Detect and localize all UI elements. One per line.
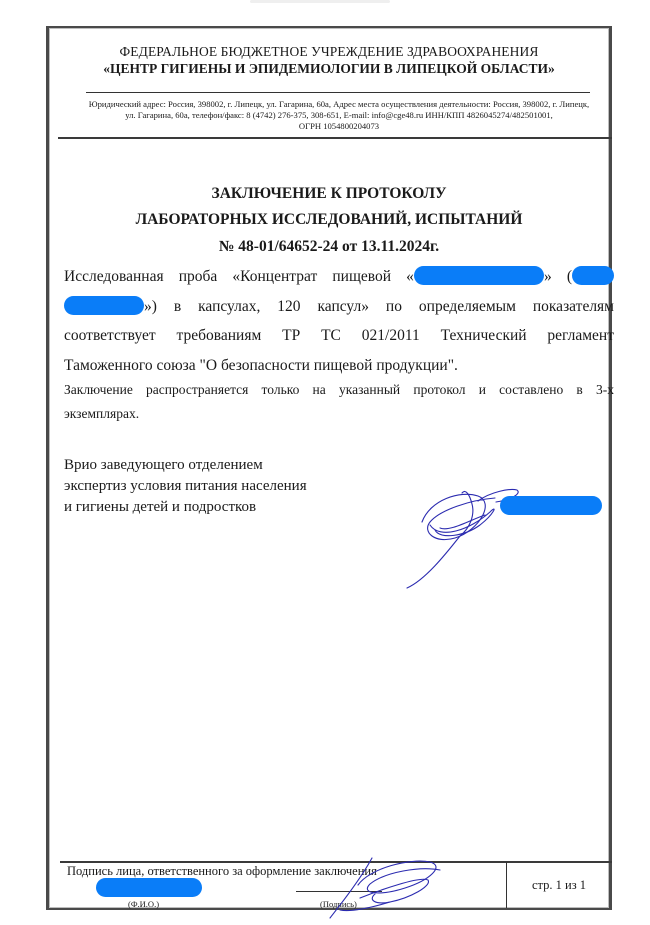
signatory-line3: и гигиены детей и подростков: [64, 497, 307, 518]
document-title-line1: ЗАКЛЮЧЕНИЕ К ПРОТОКОЛУ: [46, 185, 612, 203]
page-number: стр. 1 из 1: [506, 862, 612, 908]
footer-signature-icon: [300, 850, 500, 925]
conclusion-text-1b: » (: [544, 268, 572, 285]
conclusion-line3: соответствует требованиям ТР ТС 021/2011…: [64, 321, 614, 351]
redacted-product-name-alt-cont: [64, 296, 144, 315]
redacted-signatory-name: [500, 496, 602, 515]
handwritten-signature-icon: [400, 470, 620, 620]
address-block: Юридический адрес: Россия, 398002, г. Ли…: [60, 99, 618, 132]
redacted-product-name-alt: [572, 266, 614, 285]
scan-artifact: [250, 0, 390, 3]
address-line1: Юридический адрес: Россия, 398002, г. Ли…: [60, 99, 618, 110]
redacted-product-name: [414, 266, 544, 285]
conclusion-line2: ») в капсулах, 120 капсул» по определяем…: [64, 292, 614, 322]
org-name-line1: ФЕДЕРАЛЬНОЕ БЮДЖЕТНОЕ УЧРЕЖДЕНИЕ ЗДРАВОО…: [46, 44, 612, 60]
conclusion-paragraph: Исследованная проба «Концентрат пищевой …: [64, 262, 614, 380]
document-number: № 48-01/64652-24 от 13.11.2024г.: [46, 238, 612, 256]
note-line1: Заключение распространяется только на ук…: [64, 378, 614, 402]
conclusion-text-2: ») в капсулах, 120 капсул» по определяем…: [144, 298, 614, 315]
address-line3: ОГРН 1054800204073: [60, 121, 618, 132]
header-divider: [86, 92, 590, 93]
fio-caption: (Ф.И.О.): [128, 899, 159, 909]
redacted-responsible-name: [96, 878, 202, 897]
conclusion-line1: Исследованная проба «Концентрат пищевой …: [64, 262, 614, 292]
signatory-line1: Врио заведующего отделением: [64, 455, 307, 476]
org-name-line2: «ЦЕНТР ГИГИЕНЫ И ЭПИДЕМИОЛОГИИ В ЛИПЕЦКО…: [46, 61, 612, 77]
note-line2: экземплярах.: [64, 402, 614, 426]
address-line2: ул. Гагарина, 60а, телефон/факс: 8 (4742…: [60, 110, 618, 121]
note-paragraph: Заключение распространяется только на ук…: [64, 378, 614, 426]
document-title-line2: ЛАБОРАТОРНЫХ ИССЛЕДОВАНИЙ, ИСПЫТАНИЙ: [46, 211, 612, 229]
signatory-title: Врио заведующего отделением экспертиз ус…: [64, 455, 307, 518]
conclusion-line4: Таможенного союза "О безопасности пищево…: [64, 351, 614, 381]
conclusion-text-1a: Исследованная проба «Концентрат пищевой …: [64, 268, 414, 285]
signatory-line2: экспертиз условия питания населения: [64, 476, 307, 497]
address-divider: [58, 137, 612, 139]
